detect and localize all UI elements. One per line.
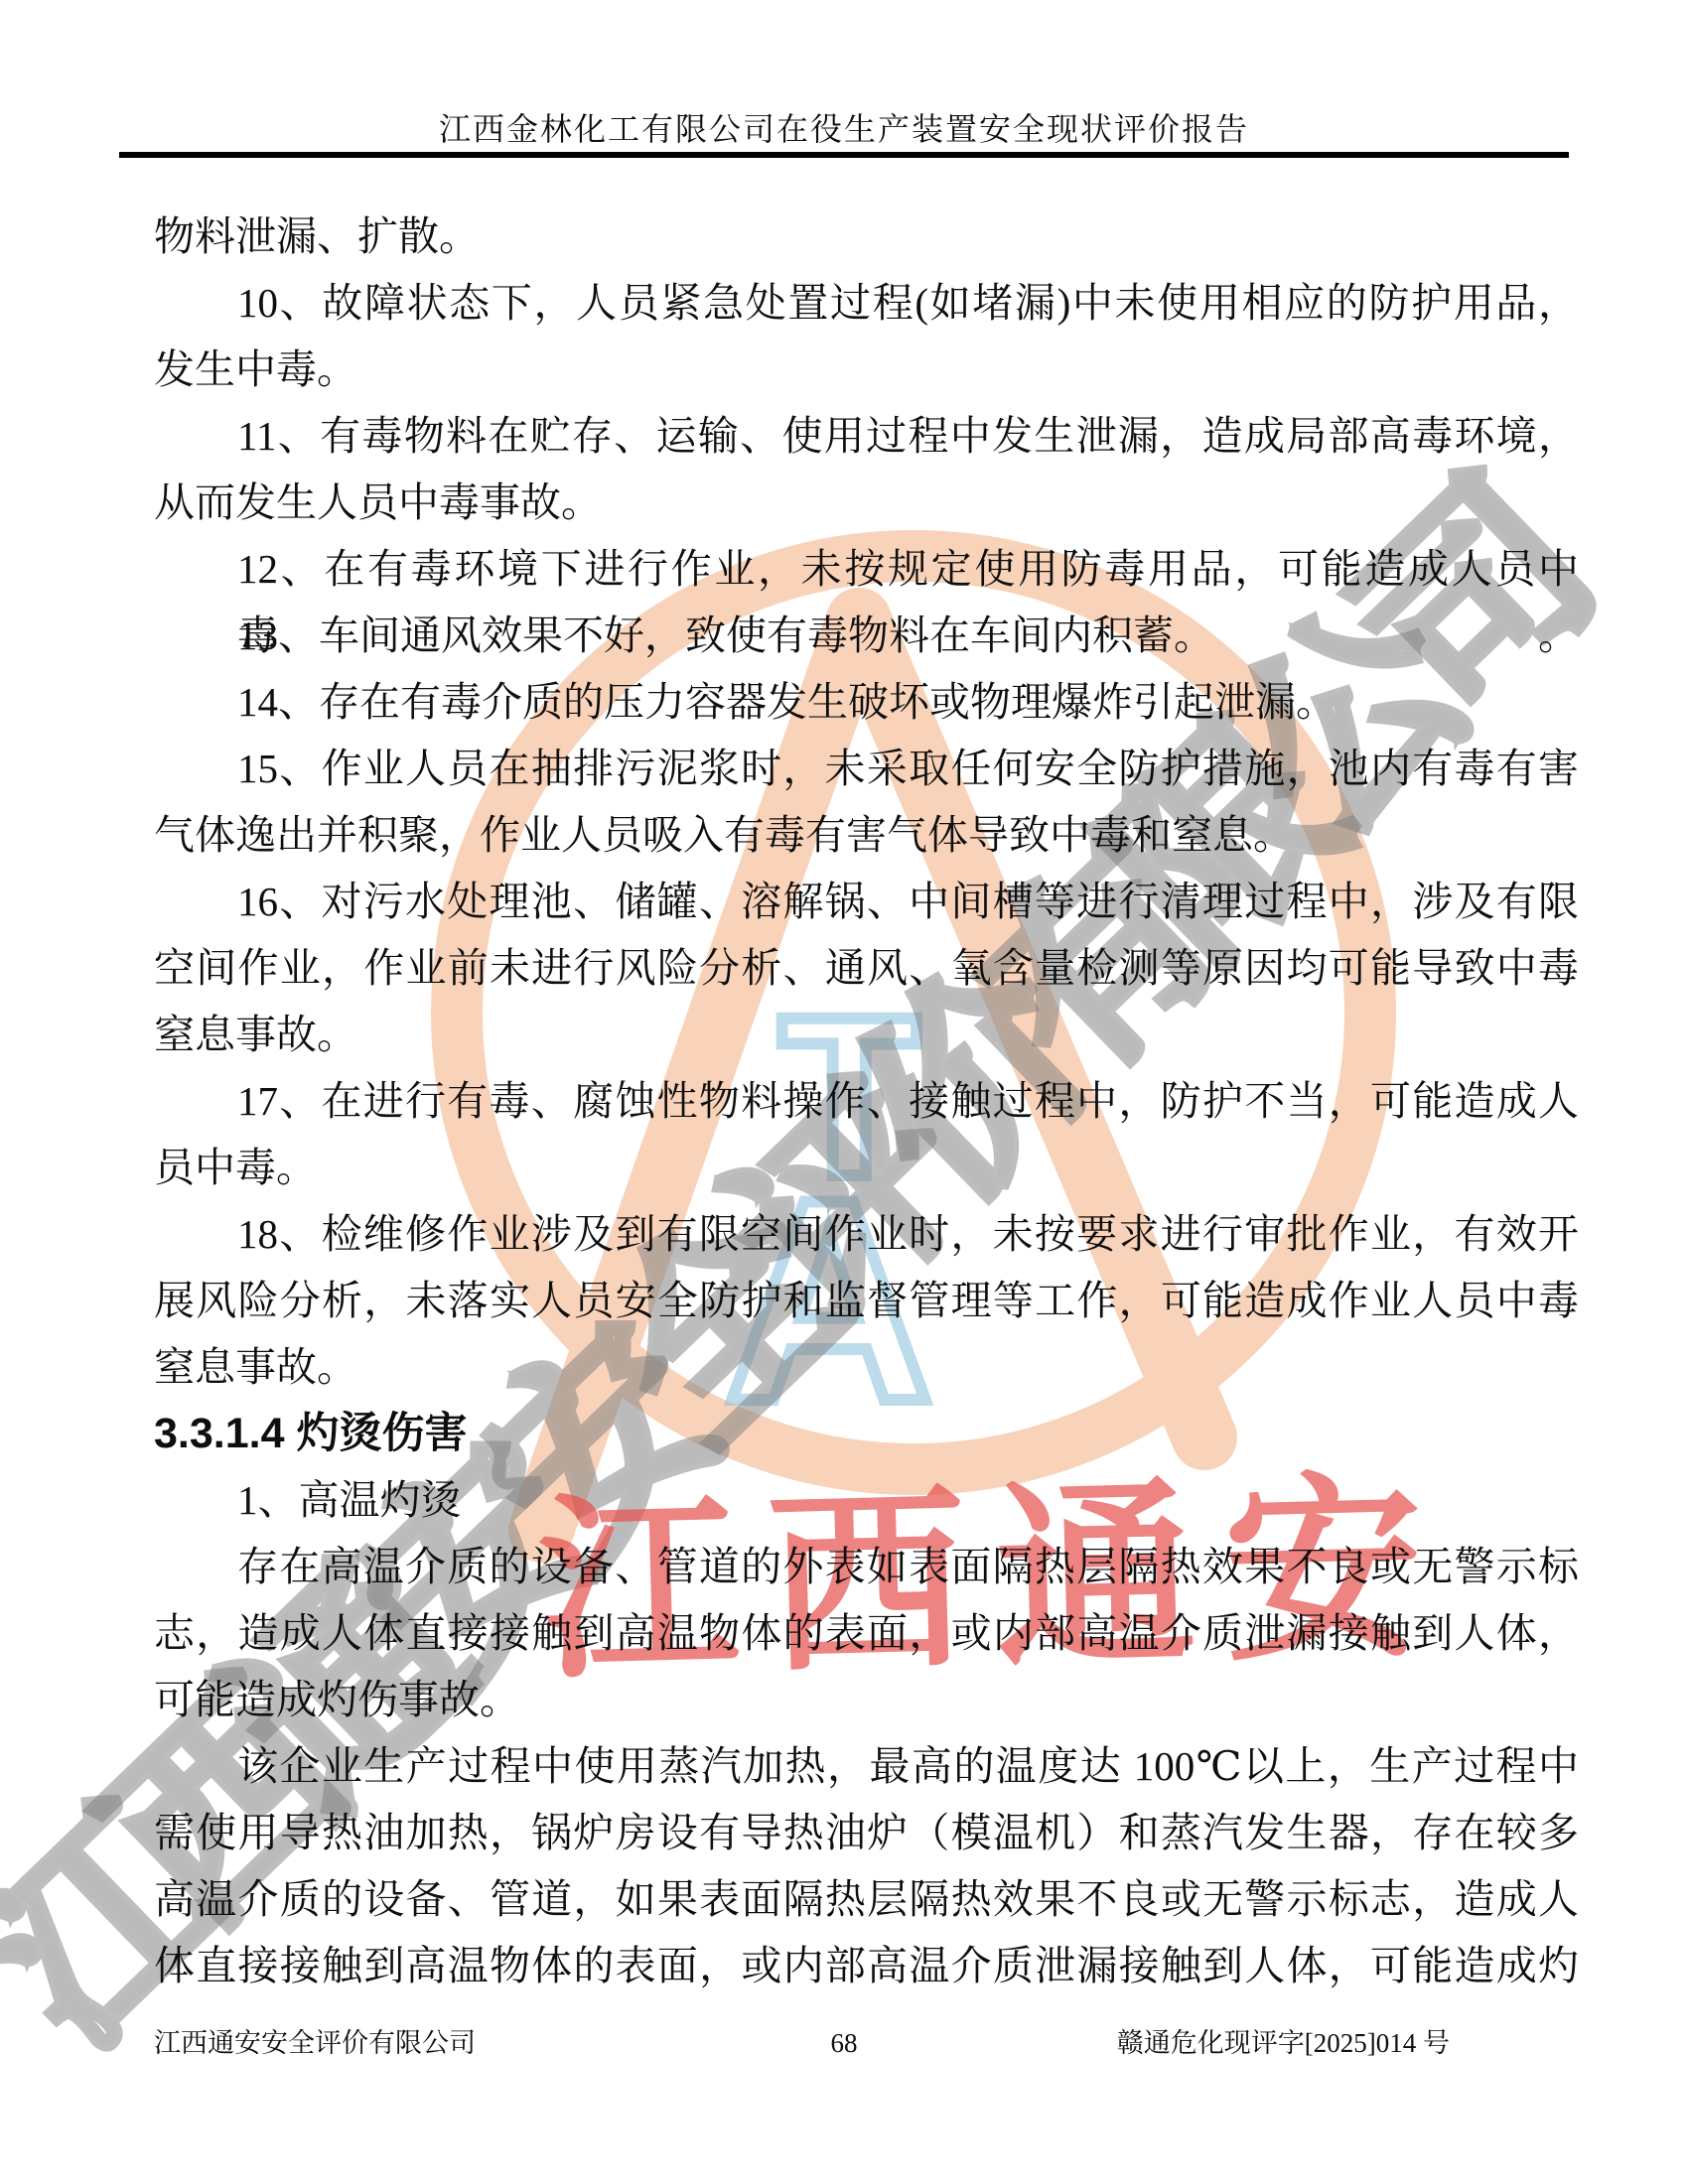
body-line: 志，造成人体直接接触到高温物体的表面，或内部高温介质泄漏接触到人体， bbox=[154, 1600, 1579, 1667]
body-line: 员中毒。 bbox=[154, 1135, 1579, 1201]
body-line: 窒息事故。 bbox=[154, 1334, 1579, 1401]
body-line: 15、作业人员在抽排污泥浆时，未采取任何安全防护措施，池内有毒有害 bbox=[154, 736, 1579, 802]
body-line: 可能造成灼伤事故。 bbox=[154, 1667, 1579, 1733]
section-heading: 3.3.1.4 灼烫伤害 bbox=[154, 1401, 1579, 1467]
body-line: 需使用导热油加热，锅炉房设有导热油炉（模温机）和蒸汽发生器，存在较多 bbox=[154, 1800, 1579, 1866]
body-line: 空间作业，作业前未进行风险分析、通风、氧含量检测等原因均可能导致中毒 bbox=[154, 935, 1579, 1002]
footer-document-number: 赣通危化现评字[2025]014 号 bbox=[1117, 2025, 1450, 2061]
body-line: 气体逸出并积聚，作业人员吸入有毒有害气体导致中毒和窒息。 bbox=[154, 802, 1579, 869]
body-line: 12、在有毒环境下进行作业，未按规定使用防毒用品，可能造成人员中毒。 bbox=[154, 536, 1579, 603]
body-line: 16、对污水处理池、储罐、溶解锅、中间槽等进行清理过程中，涉及有限 bbox=[154, 869, 1579, 935]
body-line: 从而发生人员中毒事故。 bbox=[154, 470, 1579, 536]
report-header-title: 江西金林化工有限公司在役生产装置安全现状评价报告 bbox=[0, 111, 1688, 147]
header-rule bbox=[119, 152, 1569, 158]
page-footer: 江西通安安全评价有限公司 68 赣通危化现评字[2025]014 号 bbox=[0, 2025, 1688, 2061]
body-line: 体直接接触到高温物体的表面，或内部高温介质泄漏接触到人体，可能造成灼 bbox=[154, 1933, 1579, 1999]
body-line: 高温介质的设备、管道，如果表面隔热层隔热效果不良或无警示标志，造成人 bbox=[154, 1866, 1579, 1933]
body-line: 17、在进行有毒、腐蚀性物料操作、接触过程中，防护不当，可能造成人 bbox=[154, 1068, 1579, 1135]
body-line: 1、高温灼烫 bbox=[154, 1467, 1579, 1534]
body-lines: 物料泄漏、扩散。10、故障状态下，人员紧急处置过程(如堵漏)中未使用相应的防护用… bbox=[154, 204, 1579, 1999]
body-line: 14、存在有毒介质的压力容器发生破坏或物理爆炸引起泄漏。 bbox=[154, 669, 1579, 736]
body-line: 10、故障状态下，人员紧急处置过程(如堵漏)中未使用相应的防护用品， bbox=[154, 270, 1579, 337]
body-line: 11、有毒物料在贮存、运输、使用过程中发生泄漏，造成局部高毒环境， bbox=[154, 403, 1579, 470]
body-line: 展风险分析，未落实人员安全防护和监督管理等工作，可能造成作业人员中毒 bbox=[154, 1268, 1579, 1334]
body-line: 存在高温介质的设备、管道的外表如表面隔热层隔热效果不良或无警示标 bbox=[154, 1534, 1579, 1600]
body-line: 物料泄漏、扩散。 bbox=[154, 204, 1579, 270]
body-line: 窒息事故。 bbox=[154, 1002, 1579, 1068]
body-line: 发生中毒。 bbox=[154, 337, 1579, 403]
body-line: 该企业生产过程中使用蒸汽加热，最高的温度达 100℃以上，生产过程中 bbox=[154, 1733, 1579, 1800]
page-content: 江西金林化工有限公司在役生产装置安全现状评价报告 物料泄漏、扩散。10、故障状态… bbox=[0, 0, 1688, 2184]
body-line: 18、检维修作业涉及到有限空间作业时，未按要求进行审批作业，有效开 bbox=[154, 1201, 1579, 1268]
report-page: T A 江西通安安全评价有限公司 江西通安 江西金林化工有限公司在役生产装置安全… bbox=[0, 0, 1688, 2184]
